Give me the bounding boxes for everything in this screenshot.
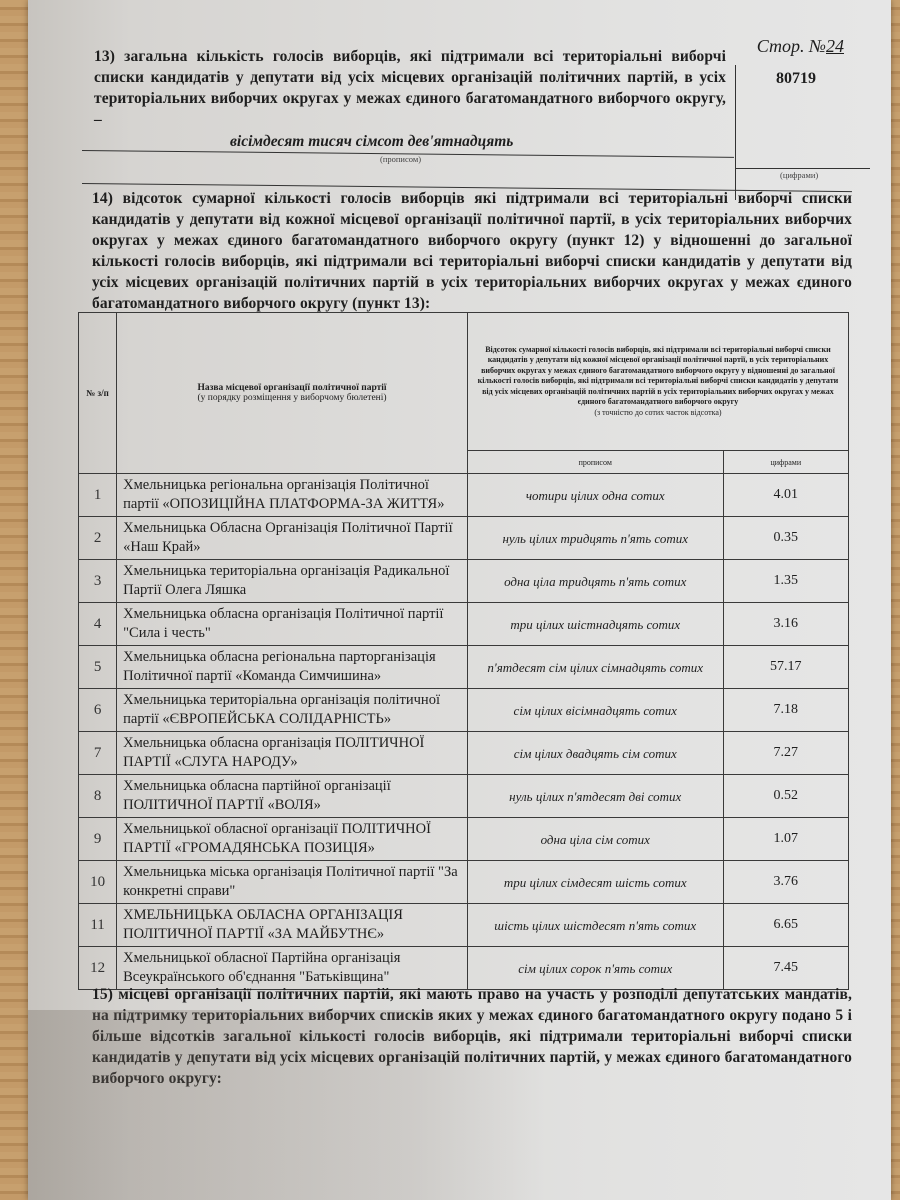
- header-party-name-line1: Назва місцевої організації політичної па…: [117, 383, 467, 393]
- section-13-divider: [735, 65, 736, 200]
- header-percentage: Відсоток сумарної кількості голосів вибо…: [467, 313, 848, 451]
- row-party-name: Хмельницька міська організація Політично…: [117, 861, 468, 904]
- row-percent-digits: 1.35: [723, 560, 848, 603]
- header-words: прописом: [467, 451, 723, 474]
- row-percent-words: сім цілих двадцять сім сотих: [467, 732, 723, 775]
- row-number: 8: [79, 775, 117, 818]
- row-percent-words: нуль цілих п'ятдесят дві сотих: [467, 775, 723, 818]
- table-row: 10Хмельницька міська організація Політич…: [79, 861, 849, 904]
- header-percentage-note: (з точністю до сотих часток відсотка): [476, 408, 840, 419]
- row-percent-digits: 3.16: [723, 603, 848, 646]
- row-party-name: ХМЕЛЬНИЦЬКА ОБЛАСНА ОРГАНІЗАЦІЯ ПОЛІТИЧН…: [117, 904, 468, 947]
- digits-underline: [735, 168, 870, 169]
- row-number: 11: [79, 904, 117, 947]
- table-row: 2Хмельницька Обласна Організація Політич…: [79, 517, 849, 560]
- row-percent-words: чотири цілих одна сотих: [467, 474, 723, 517]
- table-row: 5Хмельницька обласна регіональна парторг…: [79, 646, 849, 689]
- row-number: 5: [79, 646, 117, 689]
- row-number: 3: [79, 560, 117, 603]
- header-percentage-text: Відсоток сумарної кількості голосів вибо…: [476, 345, 840, 408]
- row-party-name: Хмельницька обласна партійної організаці…: [117, 775, 468, 818]
- table-row: 9Хмельницької обласної організації ПОЛІТ…: [79, 818, 849, 861]
- header-party-name-line2: (у порядку розміщення у виборчому бюлете…: [117, 393, 467, 403]
- row-party-name: Хмельницька регіональна організація Полі…: [117, 474, 468, 517]
- row-percent-digits: 4.01: [723, 474, 848, 517]
- header-digits: цифрами: [723, 451, 848, 474]
- row-party-name: Хмельницька обласна організація ПОЛІТИЧН…: [117, 732, 468, 775]
- row-percent-digits: 6.65: [723, 904, 848, 947]
- header-party-name: Назва місцевої організації політичної па…: [117, 313, 468, 474]
- page-number: Стор. №24: [757, 36, 844, 57]
- row-percent-words: одна ціла сім сотих: [467, 818, 723, 861]
- caption-words: (прописом): [380, 154, 421, 164]
- page-shadow: [28, 1010, 891, 1200]
- row-percent-digits: 0.52: [723, 775, 848, 818]
- row-percent-words: п'ятдесят сім цілих сімнадцять сотих: [467, 646, 723, 689]
- row-party-name: Хмельницька Обласна Організація Політичн…: [117, 517, 468, 560]
- row-number: 9: [79, 818, 117, 861]
- row-number: 2: [79, 517, 117, 560]
- row-percent-words: нуль цілих тридцять п'ять сотих: [467, 517, 723, 560]
- row-percent-digits: 0.35: [723, 517, 848, 560]
- row-number: 10: [79, 861, 117, 904]
- row-party-name: Хмельницька обласна регіональна парторга…: [117, 646, 468, 689]
- table-row: 6Хмельницька територіальна організація п…: [79, 689, 849, 732]
- header-number: № з/п: [79, 313, 117, 474]
- table-row: 3Хмельницька територіальна організація Р…: [79, 560, 849, 603]
- row-percent-words: три цілих шістнадцять сотих: [467, 603, 723, 646]
- row-percent-words: три цілих сімдесят шість сотих: [467, 861, 723, 904]
- caption-digits: (цифрами): [780, 170, 818, 180]
- row-percent-words: шість цілих шістдесят п'ять сотих: [467, 904, 723, 947]
- row-number: 7: [79, 732, 117, 775]
- section-13-total-words: вісімдесят тисяч сімсот дев'ятнадцять: [230, 133, 513, 151]
- page-number-value: 24: [826, 36, 844, 56]
- row-party-name: Хмельницька територіальна організація по…: [117, 689, 468, 732]
- row-percent-digits: 3.76: [723, 861, 848, 904]
- row-percent-words: сім цілих вісімнадцять сотих: [467, 689, 723, 732]
- row-percent-digits: 57.17: [723, 646, 848, 689]
- row-party-name: Хмельницька територіальна організація Ра…: [117, 560, 468, 603]
- page-number-label: Стор. №: [757, 36, 826, 56]
- row-percent-digits: 7.27: [723, 732, 848, 775]
- row-percent-words: одна ціла тридцять п'ять сотих: [467, 560, 723, 603]
- table-row: 4Хмельницька обласна організація Політич…: [79, 603, 849, 646]
- table-header-row: № з/п Назва місцевої організації політич…: [79, 313, 849, 451]
- row-number: 6: [79, 689, 117, 732]
- section-13-text: 13) загальна кількість голосів виборців,…: [94, 46, 726, 130]
- table-row: 11ХМЕЛЬНИЦЬКА ОБЛАСНА ОРГАНІЗАЦІЯ ПОЛІТИ…: [79, 904, 849, 947]
- table-row: 7Хмельницька обласна організація ПОЛІТИЧ…: [79, 732, 849, 775]
- section-14-text: 14) відсоток сумарної кількості голосів …: [92, 188, 852, 314]
- row-party-name: Хмельницька обласна організація Політичн…: [117, 603, 468, 646]
- row-percent-digits: 1.07: [723, 818, 848, 861]
- table-row: 8Хмельницька обласна партійної організац…: [79, 775, 849, 818]
- row-percent-digits: 7.18: [723, 689, 848, 732]
- section-13-total-digits: 80719: [776, 70, 816, 88]
- row-party-name: Хмельницької обласної організації ПОЛІТИ…: [117, 818, 468, 861]
- row-number: 4: [79, 603, 117, 646]
- table-row: 1Хмельницька регіональна організація Пол…: [79, 474, 849, 517]
- row-number: 1: [79, 474, 117, 517]
- party-results-table: № з/п Назва місцевої організації політич…: [78, 312, 849, 990]
